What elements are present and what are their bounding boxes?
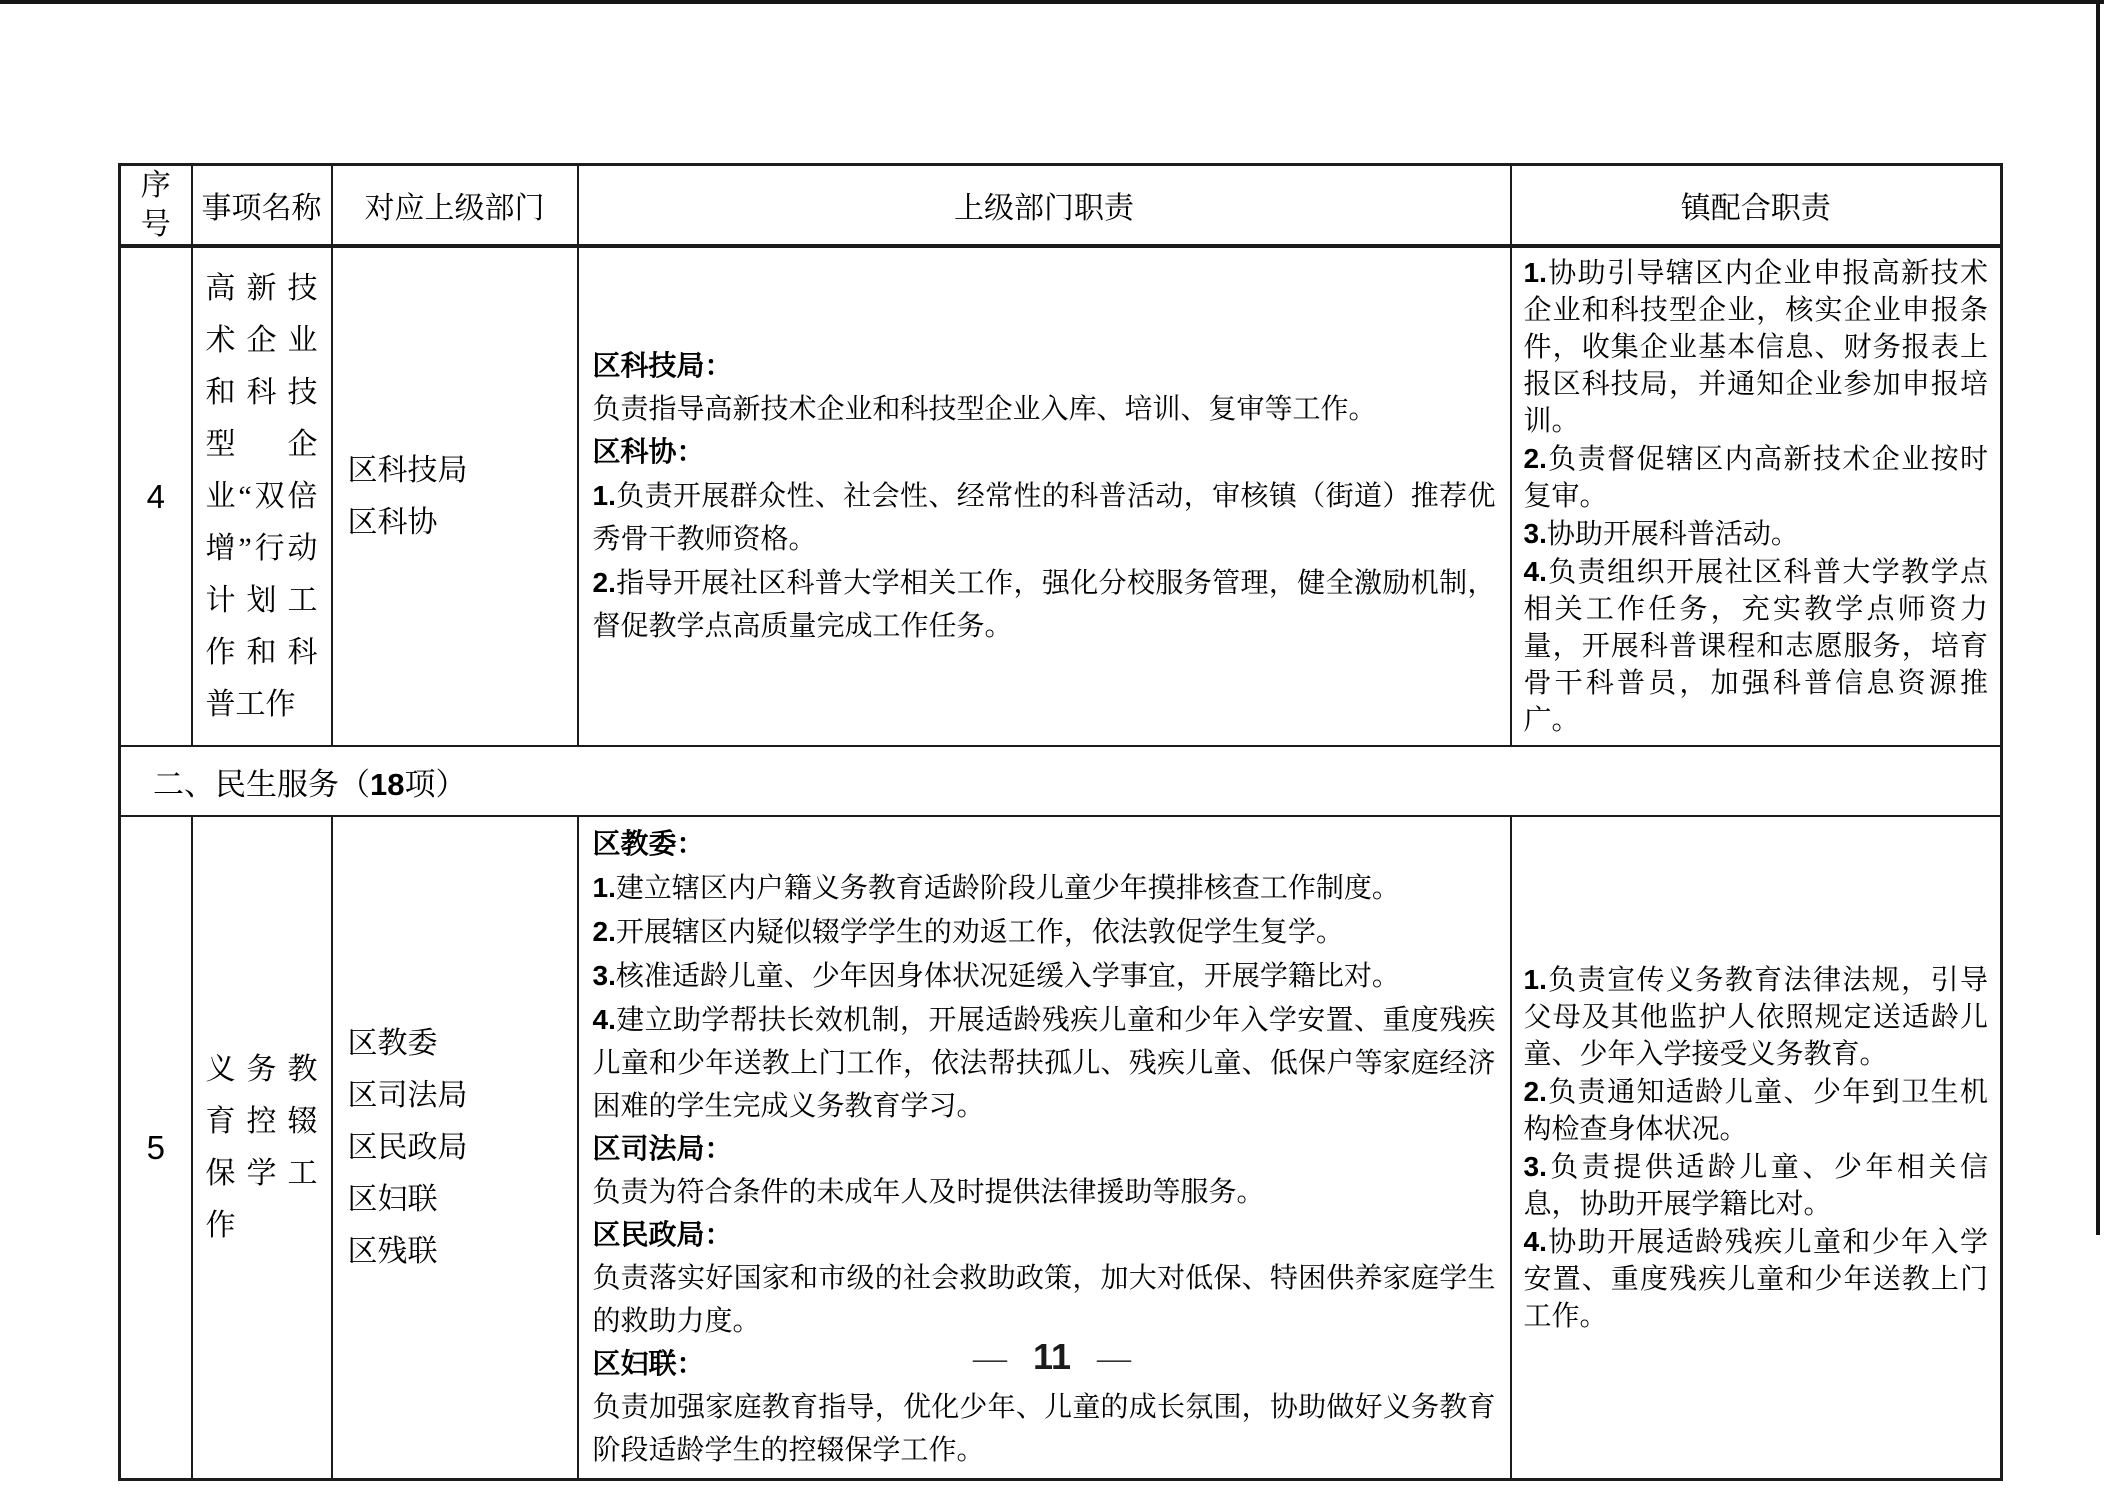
page-footer: —11—	[0, 1336, 2104, 1378]
item-number: 1.	[593, 480, 616, 511]
department-name: 区残联	[348, 1226, 571, 1278]
item-number: 4.	[1524, 1226, 1547, 1257]
departments-cell: 区科技局区科协	[332, 246, 578, 746]
column-header-superior: 上级部门职责	[578, 165, 1511, 247]
item-number: 4.	[1524, 556, 1547, 587]
duties-table: 序号事项名称对应上级部门上级部门职责镇配合职责 4高新技术企业和科技型企业“双倍…	[118, 163, 2003, 1481]
table-head: 序号事项名称对应上级部门上级部门职责镇配合职责	[120, 165, 2002, 247]
section-header-cell: 二、民生服务（18项）	[120, 746, 2002, 816]
item-number: 2.	[593, 567, 616, 598]
departments-cell: 区教委区司法局区民政局区妇联区残联	[332, 816, 578, 1480]
duty-paragraph: 2.指导开展社区科普大学相关工作，强化分校服务管理，健全激励机制，督促教学点高质…	[593, 561, 1496, 648]
duty-paragraph: 区科技局：	[593, 345, 1496, 388]
item-number: 4.	[593, 1004, 616, 1035]
item-number: 1.	[593, 872, 616, 903]
duty-paragraph: 区司法局：	[593, 1128, 1496, 1171]
page-number: 11	[1033, 1336, 1071, 1377]
column-header-dept: 对应上级部门	[332, 165, 578, 247]
superior-duties-cell: 区教委：1.建立辖区内户籍义务教育适龄阶段儿童少年摸排核查工作制度。2.开展辖区…	[578, 816, 1511, 1480]
department-name: 区科协	[348, 497, 571, 549]
item-number: 2.	[593, 916, 616, 947]
department-heading: 区教委：	[593, 829, 705, 860]
town-duties-cell: 1.协助引导辖区内企业申报高新技术企业和科技型企业，核实企业申报条件，收集企业基…	[1511, 246, 2002, 746]
duty-paragraph: 区科协：	[593, 431, 1496, 474]
page-top-border	[0, 0, 2104, 4]
item-name-cell: 高新技术企业和科技型企业“双倍增”行动计划工作和科普工作	[192, 246, 332, 746]
column-header-label: 上级部门职责	[954, 192, 1134, 225]
department-name: 区科技局	[348, 445, 571, 497]
duty-paragraph: 1.负责宣传义务教育法律法规，引导父母及其他监护人依照规定送适龄儿童、少年入学接…	[1524, 961, 1989, 1073]
duty-paragraph: 负责指导高新技术企业和科技型企业入库、培训、复审等工作。	[593, 388, 1496, 431]
duty-paragraph: 4.协助开展适龄残疾儿童和少年入学安置、重度残疾儿童和少年送教上门工作。	[1524, 1223, 1989, 1335]
column-header-label: 事项名称	[202, 192, 322, 225]
column-header-label: 对应上级部门	[365, 192, 545, 225]
department-name: 区教委	[348, 1018, 571, 1070]
department-name: 区妇联	[348, 1174, 571, 1226]
item-number: 2.	[1524, 1076, 1547, 1107]
department-name: 区司法局	[348, 1070, 571, 1122]
item-name-cell: 义务教育控辍保学工作	[192, 816, 332, 1480]
page-right-border	[2096, 0, 2100, 1235]
document-page: { "colors": { "border": "#1c1c1c", "text…	[0, 0, 2104, 1488]
column-header-num: 序号	[120, 165, 192, 247]
superior-duties-cell: 区科技局：负责指导高新技术企业和科技型企业入库、培训、复审等工作。区科协：1.负…	[578, 246, 1511, 746]
duty-paragraph: 区民政局：	[593, 1214, 1496, 1257]
department-heading: 区科协：	[593, 437, 705, 468]
column-header-town: 镇配合职责	[1511, 165, 2002, 247]
duty-paragraph: 负责落实好国家和市级的社会救助政策，加大对低保、特困供养家庭学生的救助力度。	[593, 1257, 1496, 1343]
column-header-name: 事项名称	[192, 165, 332, 247]
department-heading: 区民政局：	[593, 1220, 733, 1251]
item-number: 3.	[593, 960, 616, 991]
section-row: 二、民生服务（18项）	[120, 746, 2002, 816]
duty-paragraph: 3.协助开展科普活动。	[1524, 515, 1989, 553]
column-header-label: 镇配合职责	[1681, 192, 1831, 225]
footer-right-dash: —	[1097, 1340, 1131, 1377]
duty-paragraph: 3.核准适龄儿童、少年因身体状况延缓入学事宜，开展学籍比对。	[593, 954, 1496, 998]
town-duties-cell: 1.负责宣传义务教育法律法规，引导父母及其他监护人依照规定送适龄儿童、少年入学接…	[1511, 816, 2002, 1480]
department-name: 区民政局	[348, 1122, 571, 1174]
duty-paragraph: 区教委：	[593, 823, 1496, 866]
department-heading: 区科技局：	[593, 351, 733, 382]
item-number: 3.	[1524, 1151, 1547, 1182]
item-number: 18	[370, 767, 404, 802]
duty-paragraph: 3.负责提供适龄儿童、少年相关信息，协助开展学籍比对。	[1524, 1148, 1989, 1223]
duty-paragraph: 4.负责组织开展社区科普大学教学点相关工作任务，充实教学点师资力量，开展科普课程…	[1524, 553, 1989, 739]
column-header-label: 序号	[137, 166, 175, 244]
item-number: 2.	[1524, 443, 1547, 474]
duty-paragraph: 2.负责通知适龄儿童、少年到卫生机构检查身体状况。	[1524, 1073, 1989, 1148]
table-body: 4高新技术企业和科技型企业“双倍增”行动计划工作和科普工作区科技局区科协区科技局…	[120, 246, 2002, 1480]
duty-paragraph: 负责加强家庭教育指导，优化少年、儿童的成长氛围，协助做好义务教育阶段适龄学生的控…	[593, 1386, 1496, 1472]
header-row: 序号事项名称对应上级部门上级部门职责镇配合职责	[120, 165, 2002, 247]
footer-left-dash: —	[973, 1340, 1007, 1377]
duty-paragraph: 4.建立助学帮扶长效机制，开展适龄残疾儿童和少年入学安置、重度残疾儿童和少年送教…	[593, 998, 1496, 1128]
item-number: 1.	[1524, 257, 1547, 288]
row-number-cell: 4	[120, 246, 192, 746]
duty-paragraph: 1.协助引导辖区内企业申报高新技术企业和科技型企业，核实企业申报条件，收集企业基…	[1524, 254, 1989, 440]
duty-paragraph: 1.建立辖区内户籍义务教育适龄阶段儿童少年摸排核查工作制度。	[593, 866, 1496, 910]
row-number-cell: 5	[120, 816, 192, 1480]
duty-paragraph: 2.开展辖区内疑似辍学学生的劝返工作，依法敦促学生复学。	[593, 910, 1496, 954]
item-number: 3.	[1524, 518, 1547, 549]
department-heading: 区司法局：	[593, 1134, 733, 1165]
duty-paragraph: 负责为符合条件的未成年人及时提供法律援助等服务。	[593, 1171, 1496, 1214]
duty-paragraph: 2.负责督促辖区内高新技术企业按时复审。	[1524, 440, 1989, 515]
duty-paragraph: 1.负责开展群众性、社会性、经常性的科普活动，审核镇（街道）推荐优秀骨干教师资格…	[593, 474, 1496, 561]
table-row: 4高新技术企业和科技型企业“双倍增”行动计划工作和科普工作区科技局区科协区科技局…	[120, 246, 2002, 746]
table-row: 5义务教育控辍保学工作区教委区司法局区民政局区妇联区残联区教委：1.建立辖区内户…	[120, 816, 2002, 1480]
item-number: 1.	[1524, 964, 1547, 995]
